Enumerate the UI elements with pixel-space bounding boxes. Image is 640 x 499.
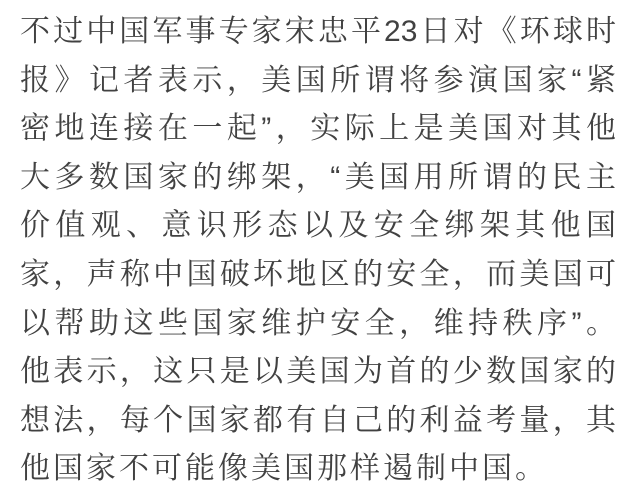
text-line: 他国家不可能像美国那样遏制中国。 [20, 445, 616, 494]
text-line: 大多数国家的绑架，“美国用所谓的民主 [20, 154, 616, 203]
text-line: 想法，每个国家都有自己的利益考量，其 [20, 397, 616, 446]
text-line: 以帮助这些国家维护安全，维持秩序”。 [20, 300, 616, 349]
text-line: 家，声称中国破坏地区的安全，而美国可 [20, 251, 616, 300]
text-line: 不过中国军事专家宋忠平23日对《环球时 [20, 8, 616, 57]
text-line: 密地连接在一起”，实际上是美国对其他 [20, 105, 616, 154]
text-line: 报》记者表示，美国所谓将参演国家“紧 [20, 57, 616, 106]
article-paragraph: 不过中国军事专家宋忠平23日对《环球时 报》记者表示，美国所谓将参演国家“紧 密… [0, 0, 640, 494]
text-line: 价值观、意识形态以及安全绑架其他国 [20, 202, 616, 251]
page: { "page": { "background_color": "#ffffff… [0, 0, 640, 499]
text-line: 他表示，这只是以美国为首的少数国家的 [20, 348, 616, 397]
